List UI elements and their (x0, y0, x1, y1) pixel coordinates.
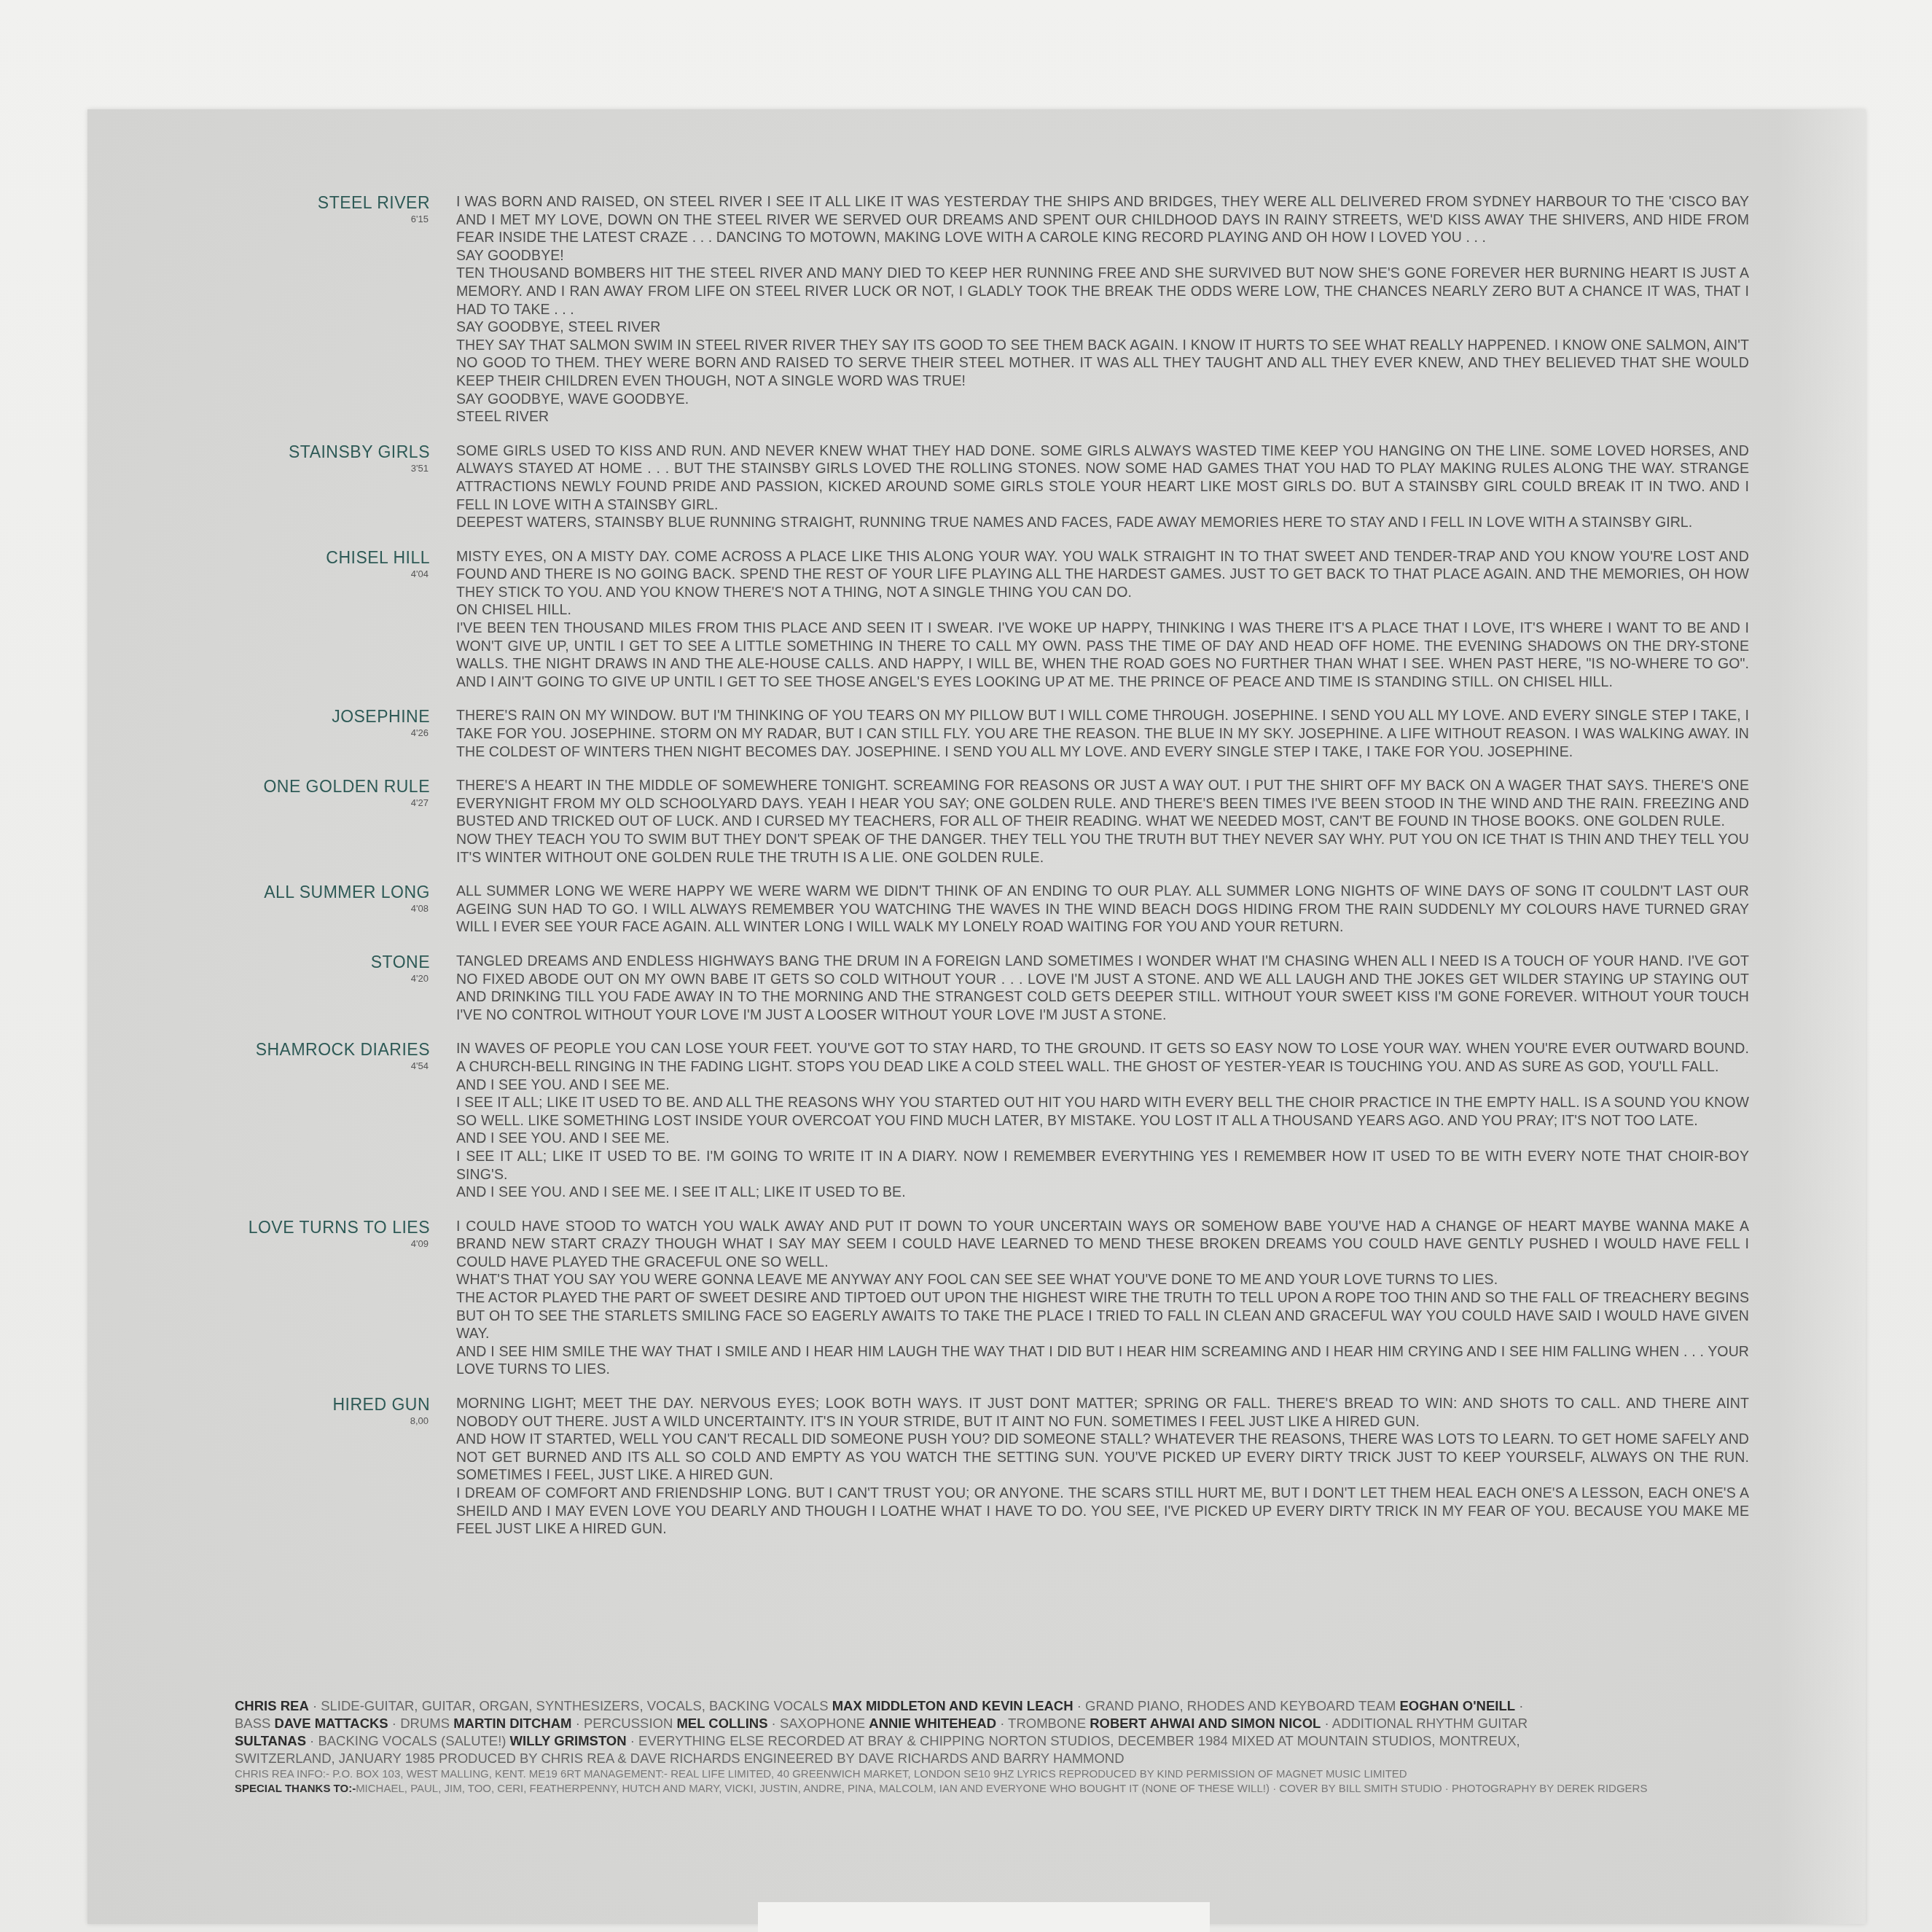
lyric-stanza: IN WAVES OF PEOPLE YOU CAN LOSE YOUR FEE… (456, 1040, 1749, 1076)
song-title: LOVE TURNS TO LIES (219, 1218, 430, 1237)
credit-name: SULTANAS (235, 1733, 306, 1748)
lyric-stanza: THERE'S A HEART IN THE MIDDLE OF SOMEWHE… (456, 777, 1749, 831)
lyric-stanza: NOW THEY TEACH YOU TO SWIM BUT THEY DON'… (456, 831, 1749, 867)
song-lyrics: THERE'S RAIN ON MY WINDOW. BUT I'M THINK… (456, 707, 1749, 761)
special-thanks-label: SPECIAL THANKS TO:- (235, 1783, 356, 1795)
lyric-stanza: ON CHISEL HILL. (456, 601, 1749, 619)
special-thanks-text: MICHAEL, PAUL, JIM, TOO, CERI, FEATHERPE… (356, 1783, 1647, 1795)
credit-role: · EVERYTHING ELSE RECORDED AT BRAY & CHI… (627, 1733, 1520, 1748)
song-title: JOSEPHINE (219, 707, 430, 726)
song-header: SHAMROCK DIARIES4'54 (219, 1040, 443, 1201)
credit-role: · GRAND PIANO, RHODES AND KEYBOARD TEAM (1073, 1698, 1400, 1713)
lyric-stanza: MISTY EYES, ON A MISTY DAY. COME ACROSS … (456, 548, 1749, 602)
credits-production: SWITZERLAND, JANUARY 1985 PRODUCED BY CH… (235, 1750, 1743, 1767)
song-title: ONE GOLDEN RULE (219, 777, 430, 796)
song-lyrics: IN WAVES OF PEOPLE YOU CAN LOSE YOUR FEE… (456, 1040, 1749, 1201)
lyric-stanza: SAY GOODBYE, STEEL RIVER (456, 318, 1749, 337)
credit-name: EOGHAN O'NEILL (1399, 1698, 1515, 1713)
song-header: LOVE TURNS TO LIES4'09 (219, 1218, 443, 1379)
lyric-stanza: AND I SEE HIM SMILE THE WAY THAT I SMILE… (456, 1343, 1749, 1379)
song-header: HIRED GUN8,00 (219, 1395, 443, 1538)
credits-musicians-line-3: SULTANAS · BACKING VOCALS (SALUTE!) WILL… (235, 1732, 1743, 1750)
credit-role: · SAXOPHONE (767, 1716, 869, 1731)
song-duration: 4'20 (219, 973, 430, 984)
credit-role: · (1515, 1698, 1523, 1713)
song-lyrics: MORNING LIGHT; MEET THE DAY. NERVOUS EYE… (456, 1395, 1749, 1538)
song-entry: SHAMROCK DIARIES4'54IN WAVES OF PEOPLE Y… (219, 1040, 1749, 1201)
credit-name: MARTIN DITCHAM (453, 1716, 571, 1731)
lyric-stanza: I COULD HAVE STOOD TO WATCH YOU WALK AWA… (456, 1218, 1749, 1272)
lyric-stanza: I SEE IT ALL; LIKE IT USED TO BE. AND AL… (456, 1094, 1749, 1130)
song-entry: ALL SUMMER LONG4'08ALL SUMMER LONG WE WE… (219, 883, 1749, 936)
song-lyrics: MISTY EYES, ON A MISTY DAY. COME ACROSS … (456, 548, 1749, 692)
song-entry: CHISEL HILL4'04MISTY EYES, ON A MISTY DA… (219, 548, 1749, 692)
song-duration: 6'15 (219, 214, 430, 224)
song-duration: 3'51 (219, 463, 430, 474)
credits-musicians-line-2: BASS DAVE MATTACKS · DRUMS MARTIN DITCHA… (235, 1715, 1743, 1732)
song-header: STEEL RIVER6'15 (219, 193, 443, 426)
song-duration: 4'04 (219, 568, 430, 579)
credit-name: DAVE MATTACKS (275, 1716, 388, 1731)
song-duration: 4'08 (219, 903, 430, 914)
song-title: STAINSBY GIRLS (219, 442, 430, 461)
lyric-stanza: SOME GIRLS USED TO KISS AND RUN. AND NEV… (456, 442, 1749, 514)
song-duration: 4'26 (219, 727, 430, 738)
lyric-stanza: SAY GOODBYE! (456, 247, 1749, 265)
song-lyrics: SOME GIRLS USED TO KISS AND RUN. AND NEV… (456, 442, 1749, 532)
song-lyrics: ALL SUMMER LONG WE WERE HAPPY WE WERE WA… (456, 883, 1749, 936)
song-entry: STAINSBY GIRLS3'51SOME GIRLS USED TO KIS… (219, 442, 1749, 532)
song-lyrics: I COULD HAVE STOOD TO WATCH YOU WALK AWA… (456, 1218, 1749, 1379)
lyric-stanza: MORNING LIGHT; MEET THE DAY. NERVOUS EYE… (456, 1395, 1749, 1431)
song-duration: 4'09 (219, 1238, 430, 1249)
song-entry: STONE4'20TANGLED DREAMS AND ENDLESS HIGH… (219, 953, 1749, 1024)
song-header: STAINSBY GIRLS3'51 (219, 442, 443, 532)
lyric-stanza: AND I SEE YOU. AND I SEE ME. (456, 1130, 1749, 1148)
credits-special-thanks: SPECIAL THANKS TO:-MICHAEL, PAUL, JIM, T… (235, 1782, 1743, 1796)
song-title: CHISEL HILL (219, 548, 430, 567)
lyric-stanza: SAY GOODBYE, WAVE GOODBYE. (456, 391, 1749, 409)
lyric-stanza: THE ACTOR PLAYED THE PART OF SWEET DESIR… (456, 1289, 1749, 1343)
song-lyrics: THERE'S A HEART IN THE MIDDLE OF SOMEWHE… (456, 777, 1749, 867)
lyric-stanza: AND I SEE YOU. AND I SEE ME. (456, 1076, 1749, 1095)
song-lyrics: TANGLED DREAMS AND ENDLESS HIGHWAYS BANG… (456, 953, 1749, 1024)
credit-name: MEL COLLINS (676, 1716, 767, 1731)
song-entry: JOSEPHINE4'26THERE'S RAIN ON MY WINDOW. … (219, 707, 1749, 761)
song-entry: STEEL RIVER6'15I WAS BORN AND RAISED, ON… (219, 193, 1749, 426)
credit-role: · SLIDE-GUITAR, GUITAR, ORGAN, SYNTHESIZ… (309, 1698, 832, 1713)
song-title: SHAMROCK DIARIES (219, 1040, 430, 1059)
credit-name: CHRIS REA (235, 1698, 309, 1713)
lyric-stanza: I DREAM OF COMFORT AND FRIENDSHIP LONG. … (456, 1485, 1749, 1538)
credits-block: CHRIS REA · SLIDE-GUITAR, GUITAR, ORGAN,… (235, 1697, 1743, 1796)
song-list: STEEL RIVER6'15I WAS BORN AND RAISED, ON… (219, 193, 1749, 1554)
song-lyrics: I WAS BORN AND RAISED, ON STEEL RIVER I … (456, 193, 1749, 426)
credit-name: MAX MIDDLETON AND KEVIN LEACH (832, 1698, 1073, 1713)
song-title: STEEL RIVER (219, 193, 430, 212)
lyric-stanza: AND I SEE YOU. AND I SEE ME. I SEE IT AL… (456, 1184, 1749, 1202)
lyric-stanza: DEEPEST WATERS, STAINSBY BLUE RUNNING ST… (456, 514, 1749, 532)
song-duration: 8,00 (219, 1415, 430, 1426)
song-entry: ONE GOLDEN RULE4'27THERE'S A HEART IN TH… (219, 777, 1749, 867)
credit-role: · DRUMS (388, 1716, 453, 1731)
song-header: ONE GOLDEN RULE4'27 (219, 777, 443, 867)
song-duration: 4'54 (219, 1060, 430, 1071)
song-header: JOSEPHINE4'26 (219, 707, 443, 761)
song-header: STONE4'20 (219, 953, 443, 1024)
lyric-stanza: TANGLED DREAMS AND ENDLESS HIGHWAYS BANG… (456, 953, 1749, 1024)
lyric-stanza: THEY SAY THAT SALMON SWIM IN STEEL RIVER… (456, 337, 1749, 391)
credit-role: · BACKING VOCALS (SALUTE!) (306, 1733, 510, 1748)
lyric-stanza: I SEE IT ALL; LIKE IT USED TO BE. I'M GO… (456, 1148, 1749, 1184)
song-header: ALL SUMMER LONG4'08 (219, 883, 443, 936)
song-header: CHISEL HILL4'04 (219, 548, 443, 692)
credit-name: ANNIE WHITEHEAD (869, 1716, 996, 1731)
song-entry: HIRED GUN8,00MORNING LIGHT; MEET THE DAY… (219, 1395, 1749, 1538)
lyric-stanza: AND HOW IT STARTED, WELL YOU CAN'T RECAL… (456, 1431, 1749, 1485)
credits-musicians-line-1: CHRIS REA · SLIDE-GUITAR, GUITAR, ORGAN,… (235, 1697, 1743, 1715)
lyric-stanza: THERE'S RAIN ON MY WINDOW. BUT I'M THINK… (456, 707, 1749, 761)
lyric-stanza: TEN THOUSAND BOMBERS HIT THE STEEL RIVER… (456, 265, 1749, 318)
paper-edge (758, 1902, 1210, 1932)
credit-role: · TROMBONE (996, 1716, 1090, 1731)
lyric-stanza: WHAT'S THAT YOU SAY YOU WERE GONNA LEAVE… (456, 1271, 1749, 1289)
song-title: HIRED GUN (219, 1395, 430, 1414)
credit-role: BASS (235, 1716, 275, 1731)
song-title: ALL SUMMER LONG (219, 883, 430, 902)
lyric-stanza: I'VE BEEN TEN THOUSAND MILES FROM THIS P… (456, 619, 1749, 691)
song-entry: LOVE TURNS TO LIES4'09I COULD HAVE STOOD… (219, 1218, 1749, 1379)
lyric-stanza: STEEL RIVER (456, 408, 1749, 426)
credit-role: · ADDITIONAL RHYTHM GUITAR (1321, 1716, 1528, 1731)
lyric-stanza: ALL SUMMER LONG WE WERE HAPPY WE WERE WA… (456, 883, 1749, 936)
credits-info-management: CHRIS REA INFO:- P.O. BOX 103, WEST MALL… (235, 1767, 1743, 1782)
lyric-stanza: I WAS BORN AND RAISED, ON STEEL RIVER I … (456, 193, 1749, 247)
credit-name: WILLY GRIMSTON (510, 1733, 627, 1748)
song-title: STONE (219, 953, 430, 971)
credit-role: · PERCUSSION (572, 1716, 677, 1731)
song-duration: 4'27 (219, 797, 430, 808)
credit-name: ROBERT AHWAI AND SIMON NICOL (1090, 1716, 1321, 1731)
